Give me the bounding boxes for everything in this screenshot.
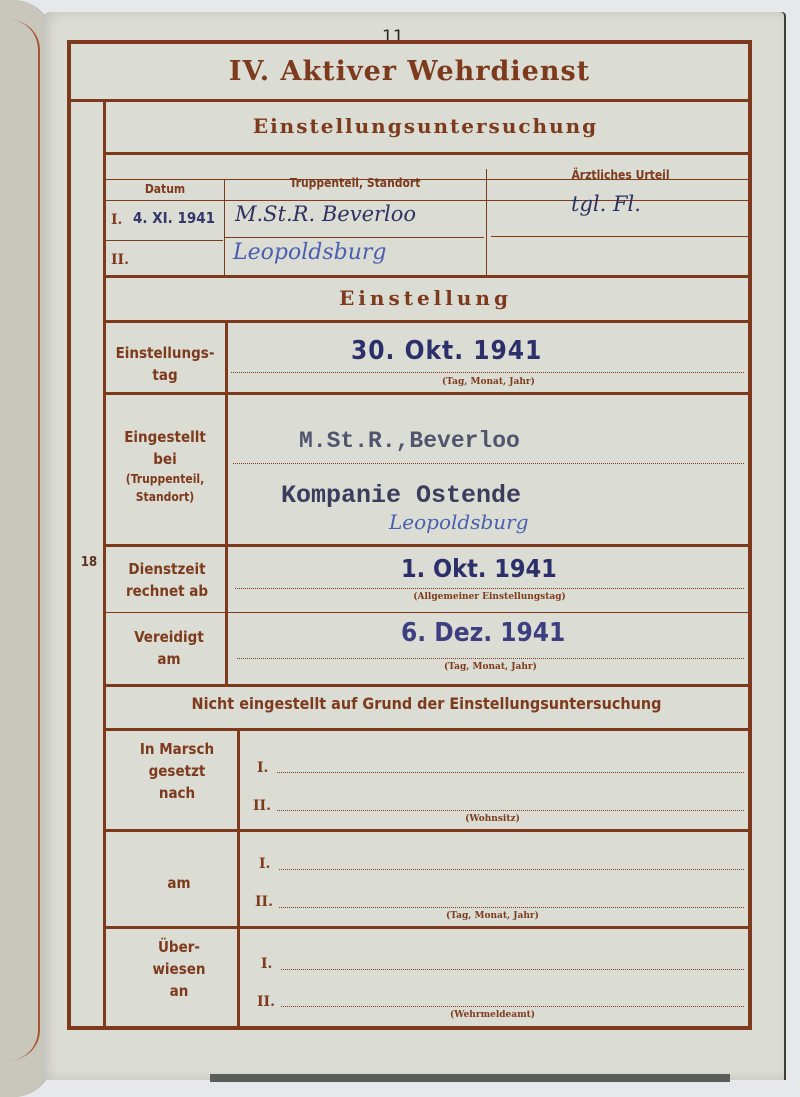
label-line: Einstellungs- [105, 342, 225, 364]
unit-stamp-line2: Kompanie Ostende [281, 481, 521, 510]
vereidigt-value: 6. Dez. 1941 [401, 618, 565, 648]
divider [105, 829, 748, 832]
line-numeral-ii: II. [257, 994, 275, 1010]
entry-line [231, 372, 744, 373]
label-line: Eingestellt [105, 426, 225, 448]
label-line: (Truppenteil, [105, 470, 225, 488]
section-title: IV. Aktiver Wehrdienst [71, 56, 748, 87]
row-rule [103, 240, 223, 241]
line-numeral-ii: II. [255, 894, 273, 910]
label-line: tag [105, 364, 225, 386]
exam-unit-value-2: Leopoldsburg [233, 240, 386, 265]
eingestellt-bei-label: Eingestellt bei (Truppenteil, Standort) [105, 426, 225, 506]
entry-line [237, 658, 744, 659]
examination-title: Einstellungsuntersuchung [103, 114, 748, 138]
line-numeral-i: I. [259, 856, 270, 872]
divider [103, 275, 748, 278]
row-numeral-ii: II. [111, 252, 129, 268]
label-line: an [119, 980, 239, 1002]
line-numeral-ii: II. [253, 798, 271, 814]
label-line: Standort) [105, 488, 225, 506]
divider [103, 684, 748, 687]
unit-handwritten: Leopoldsburg [389, 510, 529, 534]
label-line: wiesen [119, 958, 239, 980]
enlistment-title: Einstellung [103, 286, 748, 310]
dienstzeit-caption: (Allgemeiner Einstellungstag) [231, 592, 748, 602]
row-rule [105, 612, 748, 613]
not-enlisted-title: Nicht eingestellt auf Grund der Einstell… [105, 694, 748, 713]
label-line: Über- [119, 936, 239, 958]
service-record-form: IV. Aktiver Wehrdienst 18 Einstellungsun… [67, 40, 752, 1030]
vereidigt-caption: (Tag, Monat, Jahr) [233, 662, 748, 672]
line-numeral-i: I. [261, 956, 272, 972]
vereidigt-label: Vereidigt am [109, 626, 229, 670]
ueberwiesen-label: Über- wiesen an [119, 936, 239, 1002]
divider [105, 926, 748, 929]
line-numeral-i: I. [257, 760, 268, 776]
einstellungstag-label: Einstellungs- tag [105, 342, 225, 386]
label-line: In Marsch [117, 738, 237, 760]
book-cover-edge [210, 1074, 730, 1082]
einstellungstag-value: 30. Okt. 1941 [351, 336, 542, 366]
margin-strip-border [103, 99, 106, 1026]
exam-date-value: 4. XI. 1941 [133, 209, 215, 227]
row-rule [224, 237, 484, 238]
label-line: rechnet ab [107, 580, 227, 602]
dienstzeit-label: Dienstzeit rechnet ab [107, 558, 227, 602]
medical-verdict-value: tgl. Fl. [571, 192, 641, 216]
label-line: gesetzt [117, 760, 237, 782]
row-numeral-i: I. [111, 212, 122, 228]
unit-stamp-line1: M.St.R.,Beverloo [299, 428, 520, 454]
divider [103, 392, 748, 395]
entry-line [235, 588, 744, 589]
exam-unit-value: M.St.R. Beverloo [235, 202, 416, 226]
column-header-truppenteil: Truppenteil, Standort [224, 174, 486, 192]
wehrmeldeamt-caption: (Wehrmeldeamt) [237, 1010, 748, 1020]
date-caption: (Tag, Monat, Jahr) [229, 377, 748, 387]
column-border [224, 179, 225, 275]
row-rule [491, 236, 748, 237]
dienstzeit-value: 1. Okt. 1941 [401, 554, 557, 583]
entry-line-date-2[interactable] [279, 907, 744, 908]
entry-line-wohnsitz-2[interactable] [277, 810, 744, 811]
column-header-datum: Datum [106, 180, 224, 198]
am-label: am [119, 872, 239, 894]
entry-line [233, 463, 744, 464]
divider [103, 544, 748, 547]
label-line: Vereidigt [109, 626, 229, 648]
entry-line-wohnsitz-1[interactable] [277, 772, 744, 773]
entry-line-date-1[interactable] [279, 869, 744, 870]
margin-number: 18 [75, 552, 103, 574]
header-rule [103, 200, 748, 201]
label-line: Dienstzeit [107, 558, 227, 580]
entry-line-wehrmeldeamt-1[interactable] [281, 969, 744, 970]
previous-page-border [0, 20, 40, 1060]
column-border [486, 169, 487, 275]
divider [71, 99, 748, 102]
divider [103, 320, 748, 323]
in-marsch-label: In Marsch gesetzt nach [117, 738, 237, 804]
header-rule [103, 179, 748, 180]
date-caption: (Tag, Monat, Jahr) [237, 911, 748, 921]
divider [103, 152, 748, 155]
entry-line-wehrmeldeamt-2[interactable] [281, 1006, 744, 1007]
label-line: bei [105, 448, 225, 470]
divider [105, 728, 748, 731]
wohnsitz-caption: (Wohnsitz) [237, 814, 748, 824]
label-line: am [109, 648, 229, 670]
column-header-urteil: Ärztliches Urteil [489, 166, 752, 184]
label-line: nach [117, 782, 237, 804]
